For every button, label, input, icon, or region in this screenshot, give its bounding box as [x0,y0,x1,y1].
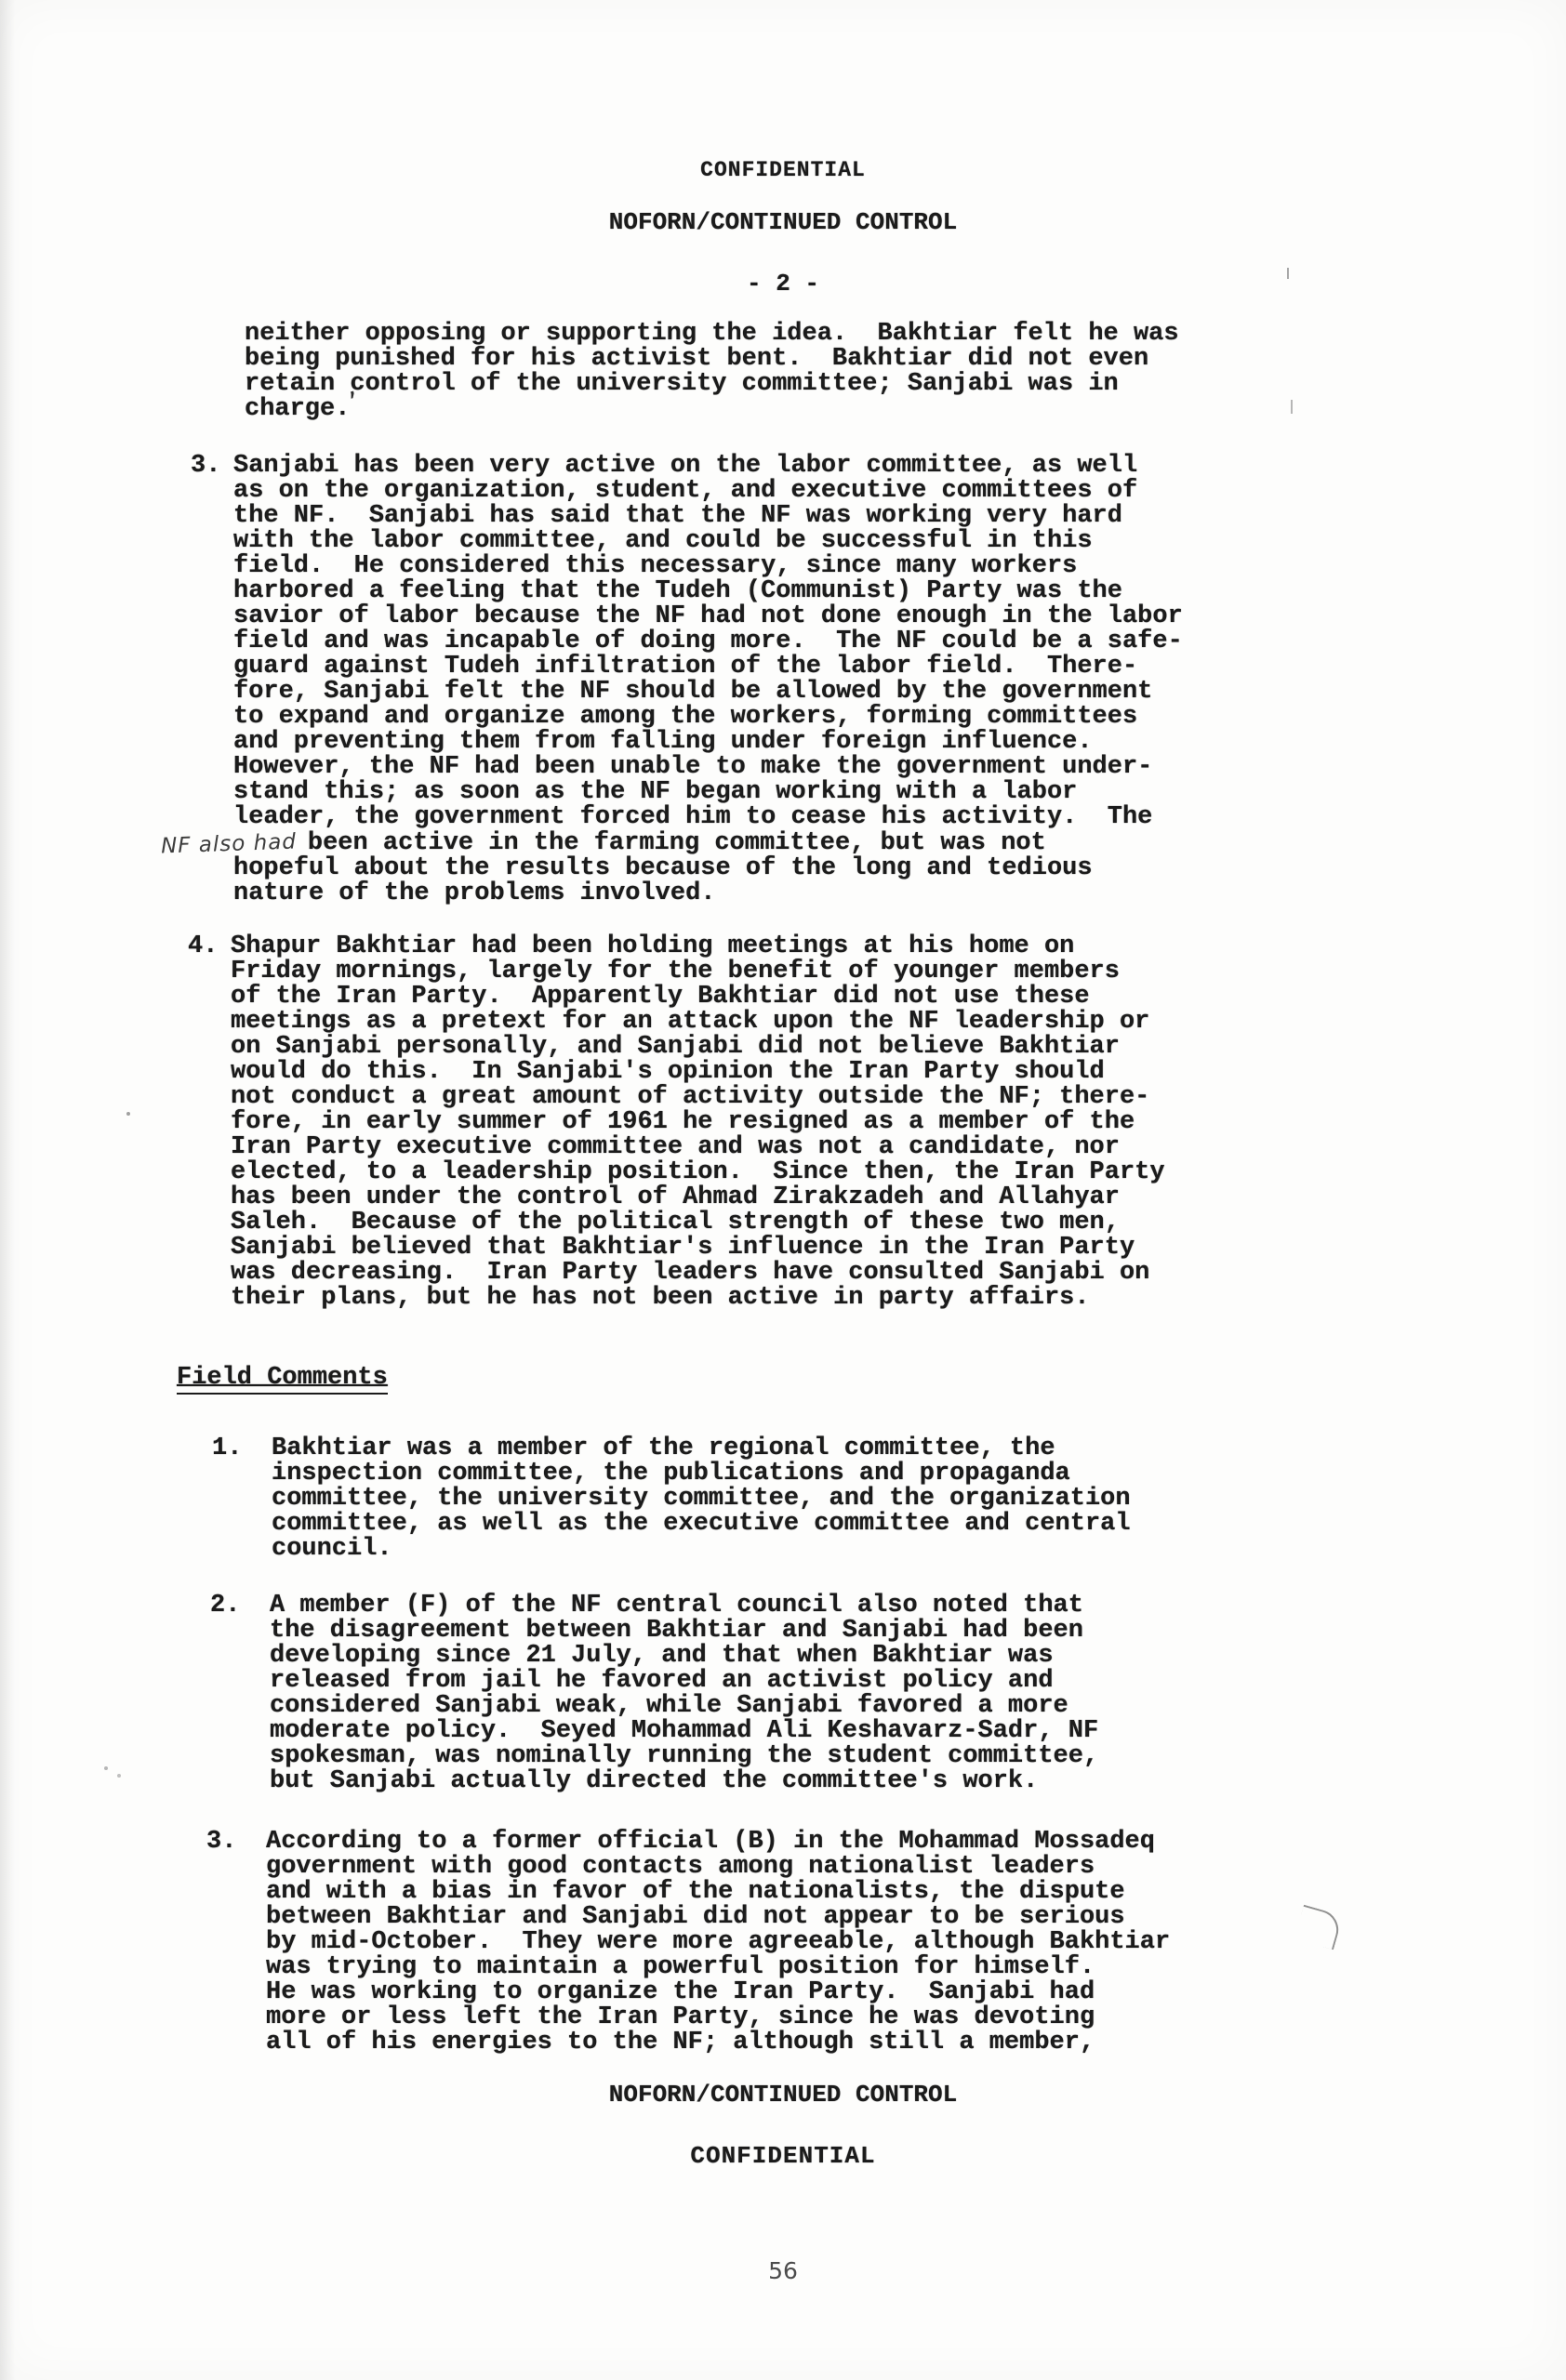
item-number: 2. [210,1593,240,1619]
control-marking-top: NOFORN/CONTINUED CONTROL [0,208,1566,236]
paragraph-item-3: 3. Sanjabi has been very active on the l… [191,454,1183,906]
field-comments-heading: Field Comments [177,1366,388,1395]
classification-footer: CONFIDENTIAL [0,2142,1566,2170]
item-text: A member (F) of the NF central council a… [270,1593,1098,1794]
item-number: 3. [191,454,220,479]
item-number: 3. [206,1830,236,1855]
item3-text-part1: Sanjabi has been very active on the labo… [233,452,1183,831]
classification-header-top: CONFIDENTIAL [0,158,1566,182]
item-number: 1. [212,1436,242,1461]
handwritten-annotation: NF also had [161,829,298,859]
item-text: Sanjabi has been very active on the labo… [233,454,1183,906]
item-text: Bakhtiar was a member of the regional co… [272,1436,1131,1562]
scanned-document-page: CONFIDENTIAL NOFORN/CONTINUED CONTROL - … [0,0,1566,2380]
scan-artifact-dot [126,1112,130,1116]
paragraph-item-4: 4. Shapur Bakhtiar had been holding meet… [188,934,1165,1311]
page-number: 56 [0,2257,1566,2284]
item-text: According to a former official (B) in th… [266,1830,1170,2056]
page-number-dash: - 2 - [0,270,1566,297]
field-comment-3: 3. According to a former official (B) in… [206,1830,1170,2056]
field-comment-1: 1. Bakhtiar was a member of the regional… [212,1436,1131,1562]
item-text: Shapur Bakhtiar had been holding meeting… [231,934,1165,1311]
control-marking-bottom: NOFORN/CONTINUED CONTROL [0,2081,1566,2109]
item3-text-part2: been active in the farming committee, bu… [233,829,1093,907]
scan-artifact-tick [1291,400,1293,414]
scan-artifact-dot [104,1766,108,1770]
field-comment-2: 2. A member (F) of the NF central counci… [210,1593,1098,1794]
item-number: 4. [188,934,218,959]
scan-artifact-handwritten-squiggle [1294,1905,1344,1950]
continuation-paragraph: neither opposing or supporting the idea.… [245,322,1179,422]
scan-edge-shading [0,0,15,2380]
